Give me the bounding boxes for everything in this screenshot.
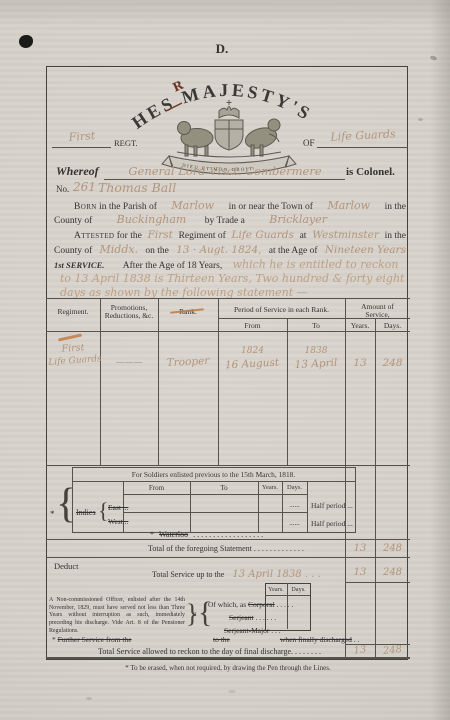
attested-place-value: Westminster xyxy=(312,229,379,241)
foregoing-total-label: Total of the foregoing Statement . . . .… xyxy=(148,544,304,553)
serjeant-major-dots: . . . xyxy=(269,626,280,635)
born-town-label: in or near the Town of xyxy=(229,202,313,212)
colonel-name-handwritten: General Lord Visct. Combermere xyxy=(106,164,344,178)
born-line-2: County of Buckingham by Trade a Bricklay… xyxy=(54,213,327,226)
waterloo-label: Waterloo xyxy=(159,530,188,539)
foregoing-days-value: 248 xyxy=(375,543,410,554)
born-inthe-label: in the xyxy=(385,202,406,212)
attested-date-value: 13 · Augt. 1824, xyxy=(176,244,261,256)
pre1818-line xyxy=(123,512,307,513)
row-days: 248 xyxy=(375,357,410,369)
discharged-dots: . . xyxy=(352,635,360,644)
serjeant-dots: . . . . . . xyxy=(254,613,277,622)
row-years: 13 xyxy=(345,357,375,369)
service-script-1: which he is entitled to reckon xyxy=(233,258,399,271)
soldier-number-handwritten: 261 xyxy=(73,180,96,194)
col-from: From xyxy=(218,321,287,330)
born-line-1: Born in the Parish of Marlow in or near … xyxy=(74,199,406,212)
indies-inner-brace: { xyxy=(98,498,109,524)
age-label: at the Age of xyxy=(269,246,318,256)
pre1818-title: For Soldiers enlisted previous to the 15… xyxy=(72,470,355,479)
scan-speck xyxy=(86,697,92,700)
upto-days-value: 248 xyxy=(375,567,410,578)
when-discharged-line: when finally discharged . . xyxy=(280,635,359,644)
table-vline xyxy=(100,298,101,465)
deduct-label: Deduct xyxy=(54,561,79,571)
half-period-2: Half period ... xyxy=(311,519,353,528)
corporal-dots: . . . . . xyxy=(275,600,294,609)
age-value: Nineteen Years xyxy=(325,244,406,256)
pre1818-big-brace: { xyxy=(56,480,76,528)
waterloo-dot-leader: . . . . . . . . . . . . . . . . . . xyxy=(193,530,263,539)
upto-years-value: 13 xyxy=(345,567,375,578)
col-to: To xyxy=(287,321,345,330)
row-promotions: ——— xyxy=(100,358,158,368)
pre1818-years: Years. xyxy=(258,484,282,491)
half-period-1: Half period ... xyxy=(311,501,353,510)
of-which-label: Of which, as xyxy=(208,600,248,609)
col-regiment: Regiment. xyxy=(46,307,100,316)
mini-days-label: Days. xyxy=(288,586,309,593)
further-service-line: * Further Service from the xyxy=(52,635,132,644)
attested-line-2: County of Middx. on the 13 · Augt. 1824,… xyxy=(54,243,406,256)
attested-county-value: Middx. xyxy=(100,243,139,256)
no-label: No. xyxy=(56,184,69,194)
table-line xyxy=(46,557,410,558)
pre1818-line xyxy=(123,494,307,495)
attested-corps-value: Life Guards xyxy=(232,229,294,241)
further-service-label: Further Service from the xyxy=(58,635,132,644)
mini-box-line xyxy=(265,595,310,596)
pre1818-from: From xyxy=(123,484,190,492)
serjeant-label: Serjeant xyxy=(229,613,254,622)
crest-drawing xyxy=(162,100,296,174)
table-line xyxy=(46,539,410,540)
county-value: Buckingham xyxy=(117,213,187,226)
of-label: OF xyxy=(303,138,315,148)
serjeant-major-label: Serjeant-Major xyxy=(224,626,269,635)
top-edge-shade xyxy=(0,0,450,26)
mini-years-label: Years. xyxy=(265,586,287,593)
waterloo-line: * Waterloo . . . . . . . . . . . . . . .… xyxy=(150,530,263,539)
first-service-line: 1st SERVICE. After the Age of 18 Years, … xyxy=(54,258,399,271)
regiment-of-label: Regiment of xyxy=(179,231,226,241)
col-years: Years. xyxy=(345,321,375,330)
upto-label: Total Service up to the xyxy=(152,570,224,579)
trade-label: by Trade a xyxy=(205,216,245,226)
foregoing-years-value: 13 xyxy=(345,543,375,554)
scan-speck xyxy=(418,118,423,121)
pre1818-line xyxy=(72,481,355,482)
trade-value: Bricklayer xyxy=(269,213,327,226)
table-vline xyxy=(287,318,288,465)
when-discharged-label: when finally discharged xyxy=(280,635,352,644)
after-age-label: After the Age of 18 Years, xyxy=(123,261,222,271)
row-from-year: 1824 xyxy=(218,346,287,356)
table-bottom-heavy-line xyxy=(46,657,410,659)
soldier-name-handwritten: Thomas Ball xyxy=(98,180,176,195)
regt-label: REGT. xyxy=(114,138,138,148)
pre1818-dots-1: ...... xyxy=(282,501,307,509)
col-days: Days. xyxy=(375,321,410,330)
col-promotions-2: Reductions, &c. xyxy=(100,311,158,320)
table-line xyxy=(345,582,410,583)
form-letter: D. xyxy=(202,41,242,57)
whereof-label: Whereof xyxy=(56,164,99,179)
table-vline xyxy=(375,318,376,658)
at-label: at xyxy=(300,231,307,241)
waterloo-asterisk: * xyxy=(150,530,154,539)
attested-county-label: County of xyxy=(54,246,92,256)
attested-line-1: Attested for the First Regiment of Life … xyxy=(74,229,406,241)
east-label: East ... xyxy=(108,503,128,512)
upto-line: Total Service up to the 13 April 1838 . … xyxy=(152,569,321,580)
upto-date-value: 13 April 1838 . . . xyxy=(232,569,320,580)
pre1818-days: Days. xyxy=(282,484,307,491)
attested-regiment-value: First xyxy=(148,229,173,241)
nco-marker-a: a xyxy=(193,610,197,618)
county-label: County of xyxy=(54,216,92,226)
pre1818-asterisk: * xyxy=(50,509,55,519)
col-amount-2: Service, xyxy=(345,310,410,319)
pre1818-vline xyxy=(307,481,308,532)
is-colonel-label: is Colonel. xyxy=(346,166,395,178)
parish-value: Marlow xyxy=(171,199,214,212)
nco-regulation-note: A Non-commissioned Officer, enlisted aft… xyxy=(49,597,185,635)
final-total-label: Total Service allowed to reckon to the d… xyxy=(98,647,321,656)
west-label: West... xyxy=(108,517,128,526)
corporal-label: Corporal xyxy=(248,600,275,609)
table-line xyxy=(46,465,410,466)
pre1818-to: To xyxy=(190,484,258,492)
of-which-line: Of which, as Corporal . . . . . xyxy=(208,600,293,609)
town-value: Marlow xyxy=(327,199,370,212)
scan-speck xyxy=(228,690,236,693)
row-to-year: 1838 xyxy=(287,346,345,356)
blank-line xyxy=(317,147,408,148)
to-the-label: to the xyxy=(213,635,230,644)
service-script-2: to 13 April 1838 is Thirteen Years, Two … xyxy=(60,272,404,285)
serjeant-major-line: Serjeant-Major . . . xyxy=(224,626,281,635)
pre1818-dots-2: ...... xyxy=(282,519,307,527)
indies-label: Indies xyxy=(76,508,96,517)
first-service-label: 1st SERVICE. xyxy=(54,260,104,270)
table-vline xyxy=(158,298,159,465)
onthe-label: on the xyxy=(145,246,168,256)
erasure-footnote: * To be erased, when not required, by dr… xyxy=(46,664,410,672)
attested-inthe-label: in the xyxy=(385,231,406,241)
right-edge-shade xyxy=(430,0,450,720)
col-period: Period of Service in each Rank. xyxy=(218,305,345,314)
serjeant-line: Serjeant . . . . . . xyxy=(229,613,276,622)
born-label: Born in the Parish of xyxy=(74,202,157,212)
attested-label: Attested for the xyxy=(74,231,142,241)
blank-line xyxy=(52,147,111,148)
